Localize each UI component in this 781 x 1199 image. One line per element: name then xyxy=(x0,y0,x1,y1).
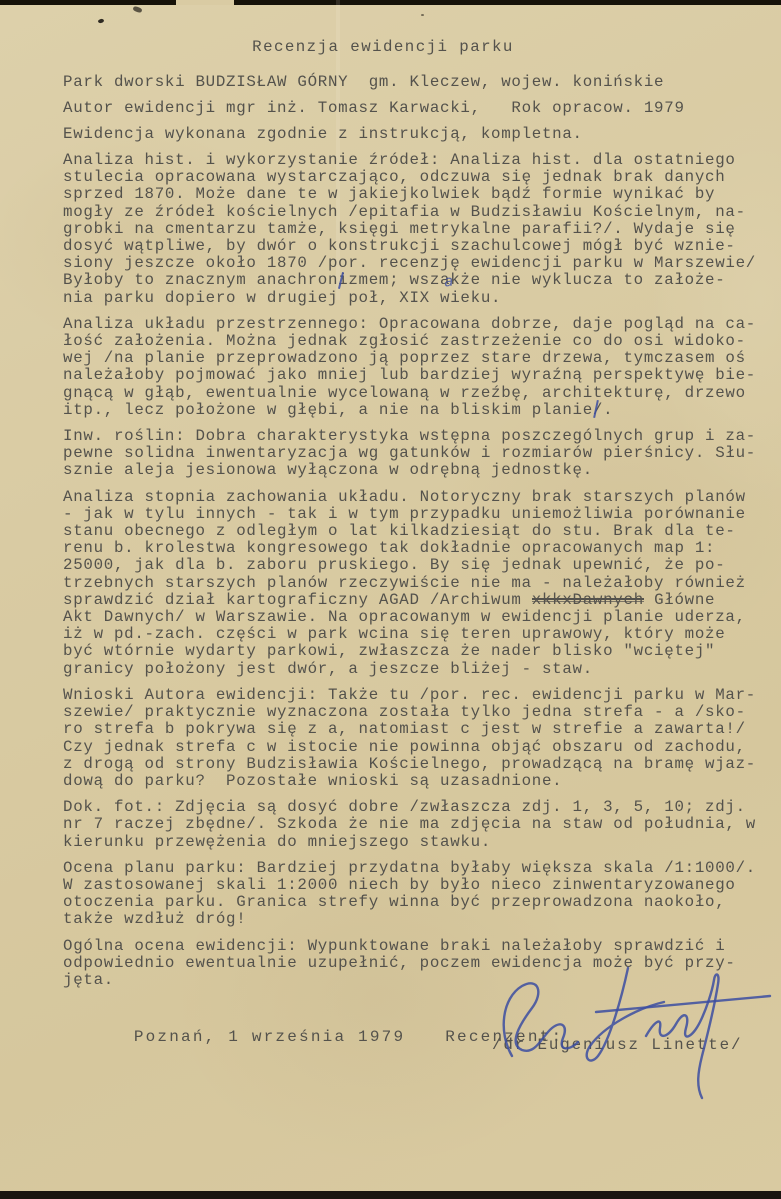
text-line: grobki na cmentarzu tamże, księgi metryk… xyxy=(63,221,763,238)
text-line: mogły ze źródeł kościelnych /epitafia w … xyxy=(63,204,763,221)
paragraph: Analiza układu przestrzennego: Opracowan… xyxy=(63,316,763,419)
text-line: sznie aleja jesionowa wyłączona w odrębn… xyxy=(63,462,763,479)
ink-speck xyxy=(421,14,424,16)
header-line: Ewidencja wykonana zgodnie z instrukcją,… xyxy=(63,121,763,147)
text-line: Analiza hist. i wykorzystanie źródeł: An… xyxy=(63,152,763,169)
text-line: renu b. krolestwa kongresowego tak dokła… xyxy=(63,540,763,557)
text-line: otoczenia parku. Granica strefy winna by… xyxy=(63,894,763,911)
scan-edge-notch xyxy=(176,0,234,5)
paragraph: Analiza stopnia zachowania układu. Notor… xyxy=(63,489,763,678)
ink-speck xyxy=(132,6,142,14)
text-line: Analiza stopnia zachowania układu. Notor… xyxy=(63,489,763,506)
place-date: Poznań, 1 września 1979 xyxy=(134,1028,405,1046)
text-line: kierunku przewężenia do mniejszego stawk… xyxy=(63,834,763,851)
document-body: Analiza hist. i wykorzystanie źródeł: An… xyxy=(63,152,763,989)
text-line: itp., lecz położone w głębi, a nie na bl… xyxy=(63,402,763,419)
text-line: Analiza układu przestrzennego: Opracowan… xyxy=(63,316,763,333)
paragraph: Wnioski Autora ewidencji: Także tu /por.… xyxy=(63,687,763,790)
paragraph: Inw. roślin: Dobra charakterystyka wstęp… xyxy=(63,428,763,480)
struck-text: xkkxDawnych xyxy=(532,591,644,609)
text-line: sprzed 1870. Może dane te w jakiejkolwie… xyxy=(63,186,763,203)
text-line: pewne solidna inwentaryzacja wg gatunków… xyxy=(63,445,763,462)
text-line: stulecia opracowana wystarczająco, odczu… xyxy=(63,169,763,186)
text-line: siony jeszcze około 1870 /por. recenzję … xyxy=(63,255,763,272)
document-title: Recenzja ewidencji parku xyxy=(63,38,703,56)
text-line: należałoby pojmować jako mniej lub bardz… xyxy=(63,367,763,384)
document-header: Park dworski BUDZISŁAW GÓRNY gm. Kleczew… xyxy=(63,69,763,147)
text-line: być wtórnie wydarty parkowi, zwłaszcza ż… xyxy=(63,643,763,660)
text-line: Czy jednak strefa c w istocie nie powinn… xyxy=(63,739,763,756)
text-line: dową do parku? Pozostałe wnioski są uzas… xyxy=(63,773,763,790)
text-line: nia parku dopiero w drugiej poł, XIX wie… xyxy=(63,290,763,307)
header-line: Park dworski BUDZISŁAW GÓRNY gm. Kleczew… xyxy=(63,69,763,95)
text-line: szewie/ praktycznie wyznaczona została t… xyxy=(63,704,763,721)
text-line: Dok. fot.: Zdjęcia są dosyć dobre /zwłas… xyxy=(63,799,763,816)
scanned-document-page: Recenzja ewidencji parku Park dworski BU… xyxy=(0,0,781,1199)
scan-edge-bottom xyxy=(0,1191,781,1199)
text-line: łość założenia. Można jednak zgłosić zas… xyxy=(63,333,763,350)
handwritten-signature xyxy=(478,952,778,1102)
text-line: ro strefa b pokrywa się z a, natomiast c… xyxy=(63,721,763,738)
text-segment: sprawdzić dział kartograficzny AGAD /Arc… xyxy=(63,591,532,609)
text-line: - jak w tylu innych - tak i w tym przypa… xyxy=(63,506,763,523)
text-line: 25000, jak dla b. zaboru pruskiego. By s… xyxy=(63,557,763,574)
header-line: Autor ewidencji mgr inż. Tomasz Karwacki… xyxy=(63,95,763,121)
text-line: nr 7 raczej zbędne/. Szkoda że nie ma zd… xyxy=(63,816,763,833)
document-content: Recenzja ewidencji parku Park dworski BU… xyxy=(63,38,763,1076)
text-line: trzebnych starszych planów rzeczywiście … xyxy=(63,575,763,592)
scan-edge-top xyxy=(0,0,781,5)
text-line: W zastosowanej skali 1:2000 niech by był… xyxy=(63,877,763,894)
text-line: gnącą w głąb, ewentualnie wycelowaną w r… xyxy=(63,385,763,402)
handwritten-letter-a: a xyxy=(443,272,454,291)
text-line: Wnioski Autora ewidencji: Także tu /por.… xyxy=(63,687,763,704)
text-line: także wzdłuż dróg! xyxy=(63,911,763,928)
text-line: Byłoby to znacznym anachronizmem; wszakż… xyxy=(63,272,763,289)
text-line: z drogą od strony Budzisławia Kościelneg… xyxy=(63,756,763,773)
text-segment: Główne xyxy=(644,591,715,609)
text-line: Akt Dawnych/ w Warszawie. Na opracowanym… xyxy=(63,609,763,626)
text-line: iż w pd.-zach. części w park wcina się t… xyxy=(63,626,763,643)
text-line: Ocena planu parku: Bardziej przydatna by… xyxy=(63,860,763,877)
paragraph: Analiza hist. i wykorzystanie źródeł: An… xyxy=(63,152,763,307)
paragraph: Dok. fot.: Zdjęcia są dosyć dobre /zwłas… xyxy=(63,799,763,851)
text-line: sprawdzić dział kartograficzny AGAD /Arc… xyxy=(63,592,763,609)
text-line: Inw. roślin: Dobra charakterystyka wstęp… xyxy=(63,428,763,445)
paragraph: Ocena planu parku: Bardziej przydatna by… xyxy=(63,860,763,929)
ink-speck xyxy=(98,18,105,23)
text-line: wej /na planie przeprowadzono ją poprzez… xyxy=(63,350,763,367)
text-line: dosyć wątpliwe, by dwór o konstrukcji sz… xyxy=(63,238,763,255)
text-line: granicy położony jest dwór, a jeszcze bl… xyxy=(63,661,763,678)
text-line: stanu obecnego z odległym o lat kilkadzi… xyxy=(63,523,763,540)
